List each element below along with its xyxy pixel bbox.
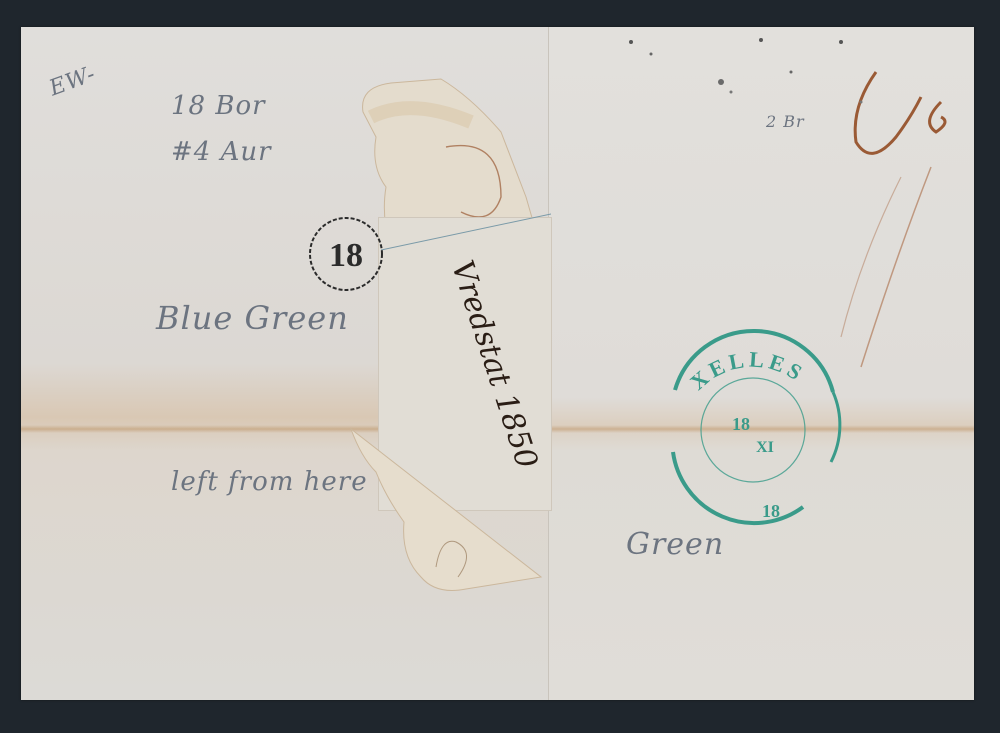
pencil-right-color-note: Green (626, 527, 724, 562)
soil-specks (601, 32, 901, 132)
svg-text:18: 18 (732, 414, 750, 434)
svg-text:18: 18 (762, 501, 780, 521)
pencil-note-line-1: 18 Bor (171, 91, 266, 121)
pencil-origin-note: left from here (171, 467, 368, 497)
svg-text:XI: XI (756, 439, 774, 456)
postal-cover: EW- 18 Bor #4 Aur Blue Green left from h… (21, 27, 974, 700)
svg-text:18: 18 (329, 237, 363, 274)
cds-postmark: XELLES 18 XI 18 (653, 312, 853, 527)
pencil-color-note: Blue Green (156, 299, 349, 337)
numeral-postmark: 18 (306, 214, 386, 294)
pencil-note-line-2: #4 Aur (171, 137, 272, 167)
svg-text:XELLES: XELLES (685, 346, 810, 394)
